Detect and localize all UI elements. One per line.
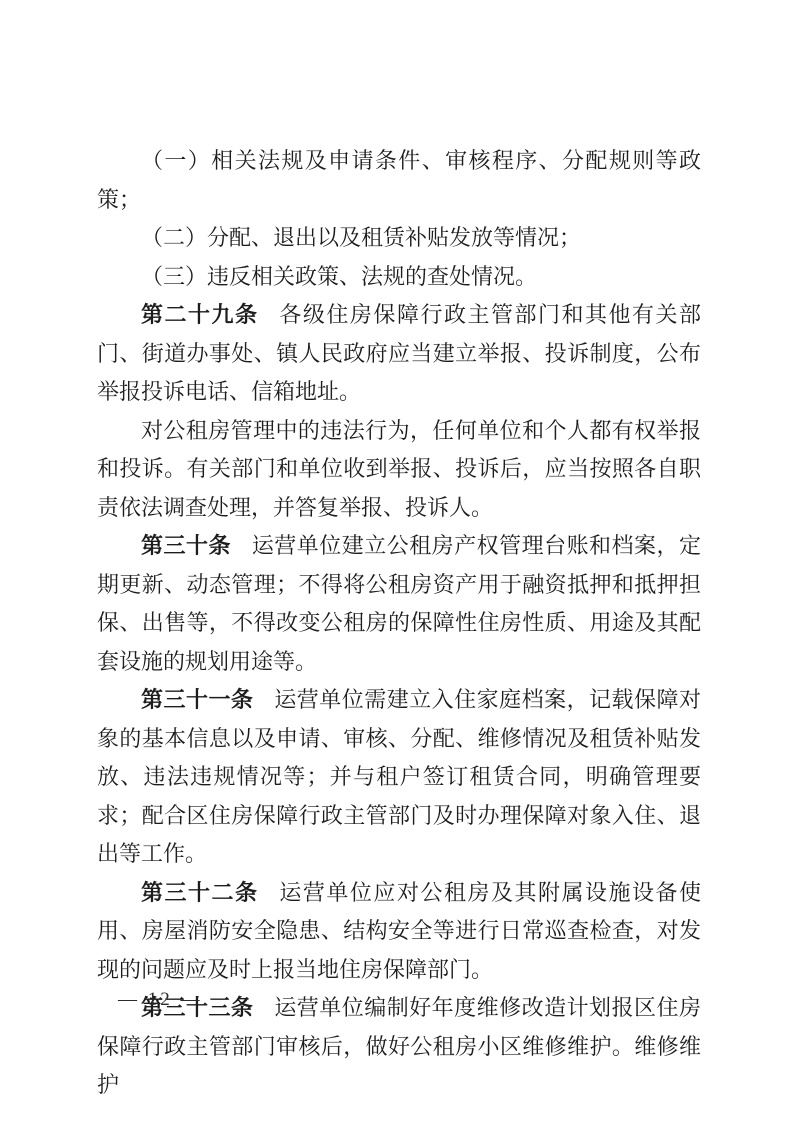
- article-29-continuation-paragraph: 对公租房管理中的违法行为，任何单位和个人都有权举报和投诉。有关部门和单位收到举报…: [97, 412, 701, 528]
- article-31-paragraph: 第三十一条运营单位需建立入住家庭档案，记载保障对象的基本信息以及申请、审核、分配…: [97, 681, 701, 874]
- document-body: （一）相关法规及申请条件、审核程序、分配规则等政策； （二）分配、退出以及租赁补…: [97, 142, 701, 1105]
- list-item-1: （一）相关法规及申请条件、审核程序、分配规则等政策；: [97, 142, 701, 219]
- list-item-text: （一）相关法规及申请条件、审核程序、分配规则等政策；: [97, 148, 701, 212]
- article-30-paragraph: 第三十条运营单位建立公租房产权管理台账和档案，定期更新、动态管理；不得将公租房资…: [97, 527, 701, 681]
- list-item-text: （三）违反相关政策、法规的查处情况。: [141, 264, 537, 289]
- article-29-paragraph: 第二十九条各级住房保障行政主管部门和其他有关部门、街道办事处、镇人民政府应当建立…: [97, 296, 701, 412]
- paragraph-text: 对公租房管理中的违法行为，任何单位和个人都有权举报和投诉。有关部门和单位收到举报…: [97, 418, 701, 520]
- article-30-number: 第三十条: [141, 533, 231, 558]
- article-31-number: 第三十一条: [141, 687, 253, 712]
- article-29-number: 第二十九条: [141, 302, 259, 327]
- article-32-paragraph: 第三十二条运营单位应对公租房及其附属设施设备使用、房屋消防安全隐患、结构安全等进…: [97, 874, 701, 990]
- list-item-3: （三）违反相关政策、法规的查处情况。: [97, 258, 701, 297]
- list-item-text: （二）分配、退出以及租赁补贴发放等情况；: [141, 225, 581, 250]
- list-item-2: （二）分配、退出以及租赁补贴发放等情况；: [97, 219, 701, 258]
- article-32-number: 第三十二条: [141, 880, 259, 905]
- article-31-text: 运营单位需建立入住家庭档案，记载保障对象的基本信息以及申请、审核、分配、维修情况…: [97, 687, 701, 866]
- page-number: — 12 —: [118, 988, 203, 1012]
- document-page: （一）相关法规及申请条件、审核程序、分配规则等政策； （二）分配、退出以及租赁补…: [0, 0, 793, 1122]
